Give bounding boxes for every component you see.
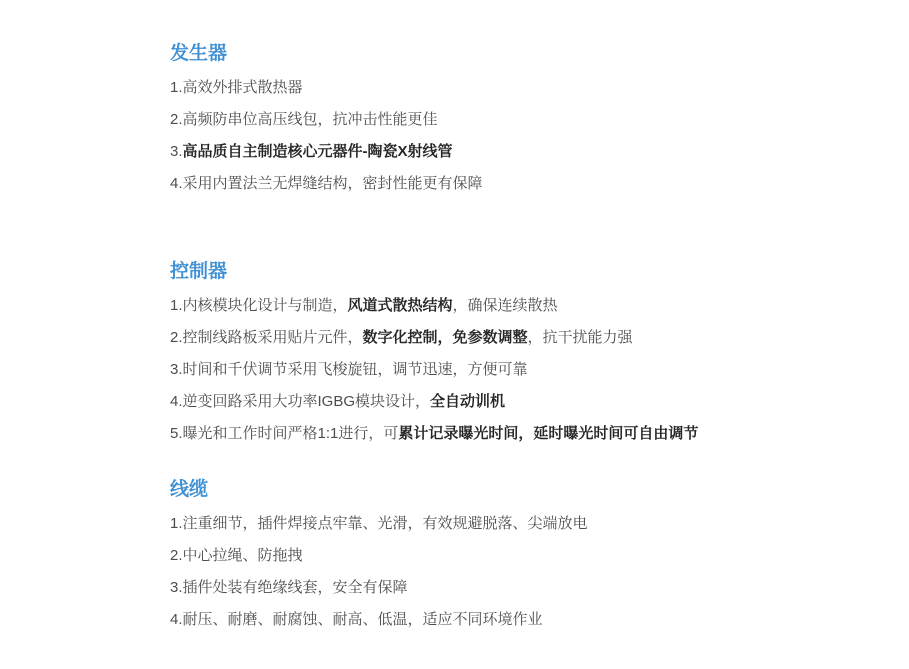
feature-text: 3. bbox=[170, 143, 183, 160]
feature-text: 4.采用内置法兰无焊缝结构，密封性能更有保障 bbox=[170, 175, 483, 192]
section-title: 控制器 bbox=[170, 260, 849, 284]
feature-text: 3.插件处装有绝缘线套，安全有保障 bbox=[170, 579, 408, 596]
feature-text-bold: 风道式散热结构 bbox=[348, 297, 453, 314]
feature-text: 1.内核模块化设计与制造， bbox=[170, 297, 348, 314]
feature-text: ，确保连续散热 bbox=[453, 297, 558, 314]
feature-item: 4.采用内置法兰无焊缝结构，密封性能更有保障 bbox=[170, 174, 849, 194]
feature-text: 3.时间和千伏调节采用飞梭旋钮，调节迅速，方便可靠 bbox=[170, 361, 528, 378]
feature-item: 4.耐压、耐磨、耐腐蚀、耐高、低温，适应不同环境作业 bbox=[170, 610, 849, 630]
feature-text: ，抗干扰能力强 bbox=[528, 329, 633, 346]
feature-item: 3.时间和千伏调节采用飞梭旋钮，调节迅速，方便可靠 bbox=[170, 360, 849, 380]
feature-text: 2.高频防串位高压线包，抗冲击性能更佳 bbox=[170, 111, 438, 128]
feature-item: 1.注重细节，插件焊接点牢靠、光滑，有效规避脱落、尖端放电 bbox=[170, 514, 849, 534]
section-title: 发生器 bbox=[170, 42, 849, 66]
feature-item: 3.高品质自主制造核心元器件-陶瓷X射线管 bbox=[170, 142, 849, 162]
feature-item: 5.曝光和工作时间严格1:1进行，可累计记录曝光时间，延时曝光时间可自由调节 bbox=[170, 424, 849, 444]
feature-text: 4.耐压、耐磨、耐腐蚀、耐高、低温，适应不同环境作业 bbox=[170, 611, 543, 628]
feature-item: 3.插件处装有绝缘线套，安全有保障 bbox=[170, 578, 849, 598]
feature-item: 2.高频防串位高压线包，抗冲击性能更佳 bbox=[170, 110, 849, 130]
feature-text-bold: 高品质自主制造核心元器件-陶瓷X射线管 bbox=[183, 143, 453, 160]
feature-text: 5.曝光和工作时间严格1:1进行，可 bbox=[170, 425, 398, 442]
product-feature-content: 发生器1.高效外排式散热器2.高频防串位高压线包，抗冲击性能更佳3.高品质自主制… bbox=[0, 0, 909, 630]
section-title: 线缆 bbox=[170, 478, 849, 502]
feature-text: 2.控制线路板采用贴片元件， bbox=[170, 329, 363, 346]
feature-item: 1.内核模块化设计与制造，风道式散热结构，确保连续散热 bbox=[170, 296, 849, 316]
feature-text: 1.注重细节，插件焊接点牢靠、光滑，有效规避脱落、尖端放电 bbox=[170, 515, 588, 532]
feature-text-bold: 全自动训机 bbox=[430, 393, 505, 410]
feature-section: 线缆1.注重细节，插件焊接点牢靠、光滑，有效规避脱落、尖端放电2.中心拉绳、防拖… bbox=[170, 478, 849, 630]
feature-text: 4.逆变回路采用大功率IGBG模块设计， bbox=[170, 393, 430, 410]
feature-sections: 发生器1.高效外排式散热器2.高频防串位高压线包，抗冲击性能更佳3.高品质自主制… bbox=[170, 42, 849, 630]
product-description-page: 发生器1.高效外排式散热器2.高频防串位高压线包，抗冲击性能更佳3.高品质自主制… bbox=[0, 0, 909, 669]
feature-item: 4.逆变回路采用大功率IGBG模块设计，全自动训机 bbox=[170, 392, 849, 412]
feature-text-bold: 数字化控制，免参数调整 bbox=[363, 329, 528, 346]
feature-text-bold: 累计记录曝光时间，延时曝光时间可自由调节 bbox=[398, 425, 698, 442]
feature-item: 2.控制线路板采用贴片元件，数字化控制，免参数调整，抗干扰能力强 bbox=[170, 328, 849, 348]
feature-text: 2.中心拉绳、防拖拽 bbox=[170, 547, 303, 564]
feature-text: 1.高效外排式散热器 bbox=[170, 79, 303, 96]
feature-item: 2.中心拉绳、防拖拽 bbox=[170, 546, 849, 566]
feature-item: 1.高效外排式散热器 bbox=[170, 78, 849, 98]
feature-section: 发生器1.高效外排式散热器2.高频防串位高压线包，抗冲击性能更佳3.高品质自主制… bbox=[170, 42, 849, 194]
feature-section: 控制器1.内核模块化设计与制造，风道式散热结构，确保连续散热2.控制线路板采用贴… bbox=[170, 260, 849, 444]
